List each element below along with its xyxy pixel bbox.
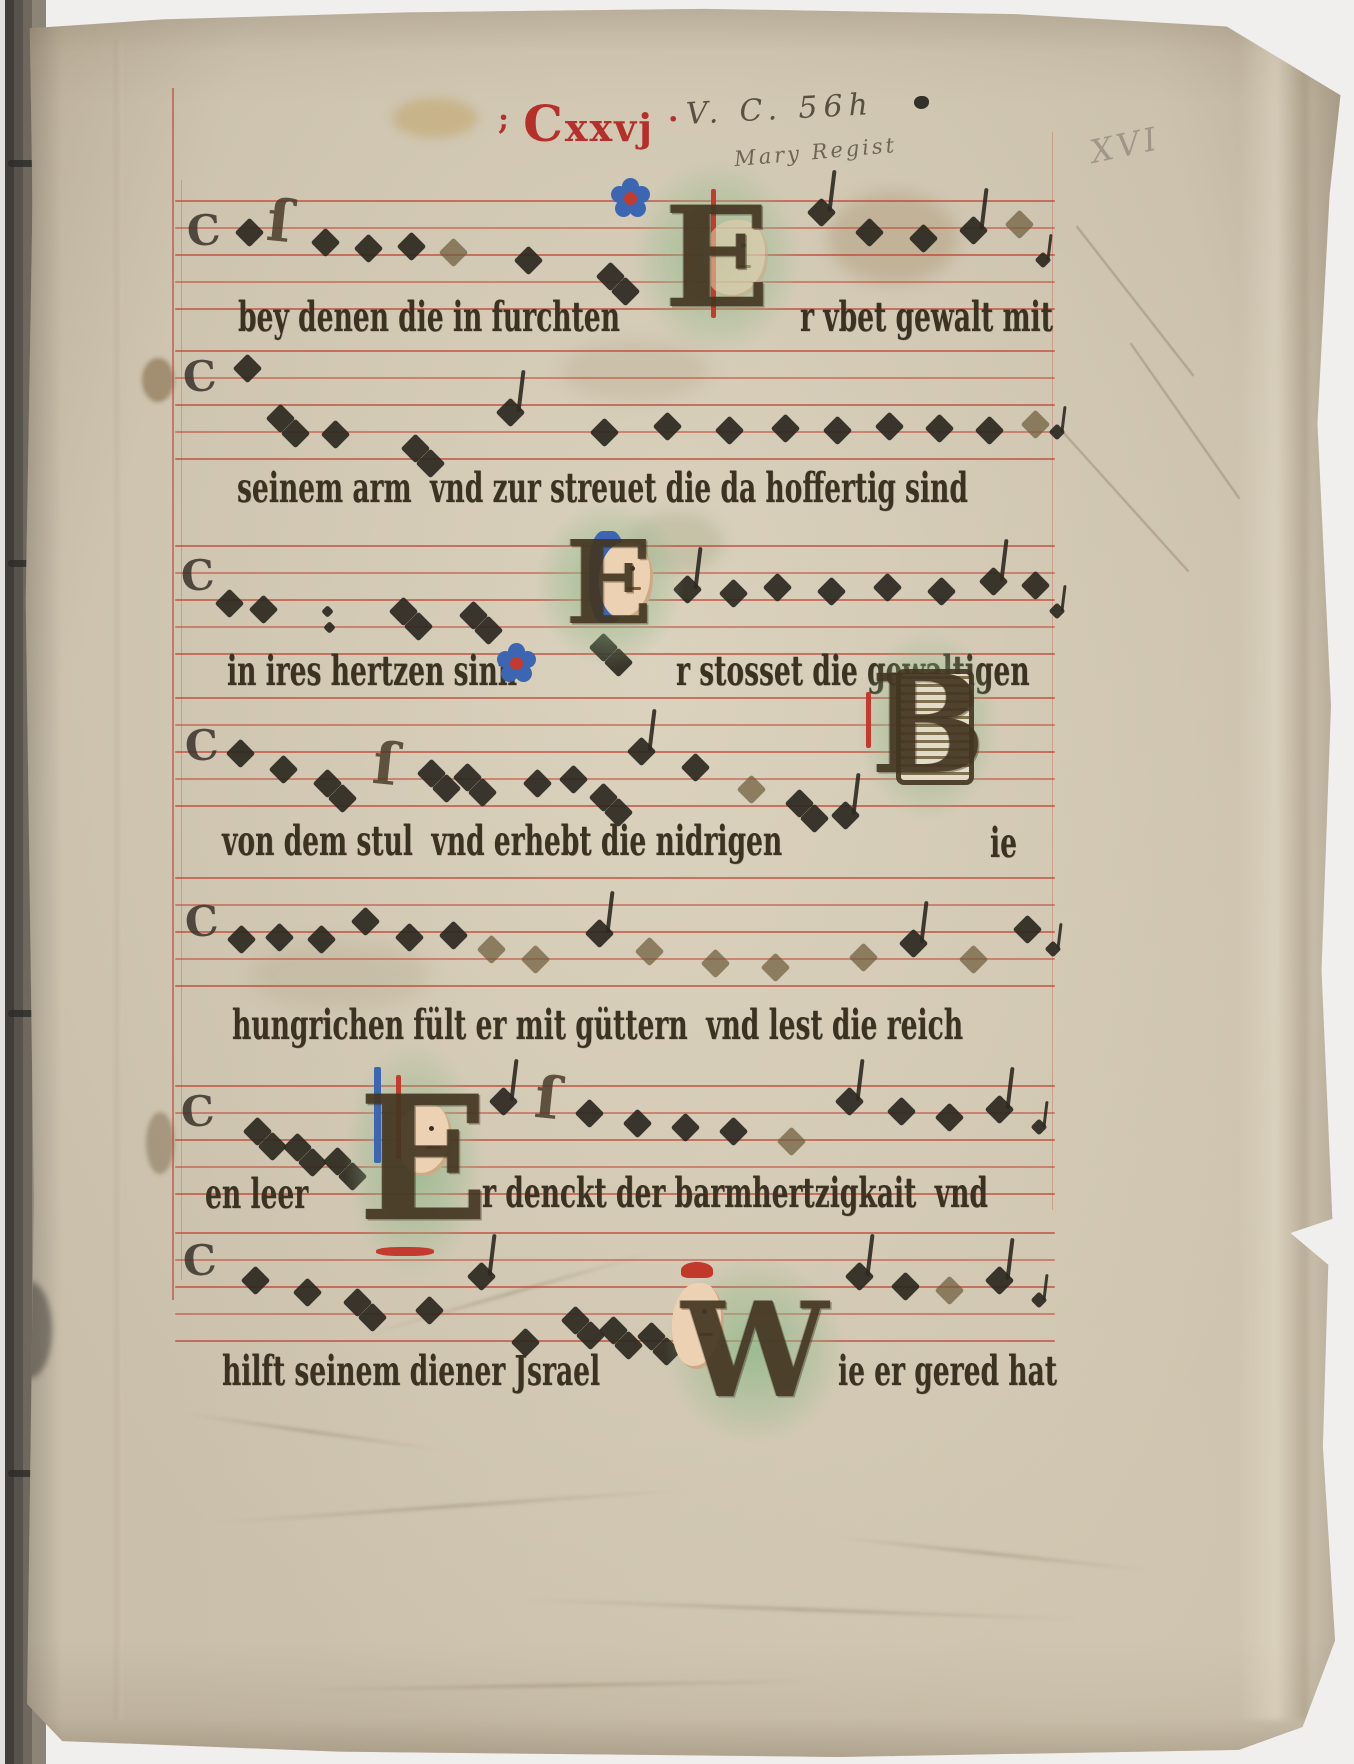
staff-line — [175, 458, 1055, 460]
staff-line — [175, 958, 1055, 960]
neume-diamond — [873, 573, 903, 603]
scratch — [1061, 430, 1190, 573]
stain-blob — [392, 98, 478, 138]
neume-diamond — [763, 573, 793, 603]
neume-stem — [865, 1234, 874, 1276]
ink-inscription-secondary: Mary Regist — [733, 133, 898, 171]
neume-diamond — [887, 1097, 917, 1127]
neume-diamond — [521, 945, 551, 975]
neume-diamond — [817, 577, 847, 607]
neume-diamond — [575, 1099, 605, 1129]
staff-line — [175, 1139, 1055, 1141]
neume-diamond — [935, 1103, 965, 1133]
ink-blot — [914, 96, 929, 109]
custos-stem — [1056, 923, 1062, 949]
stain-blob — [142, 358, 174, 402]
chant-text-line: ie er gered hat — [838, 1350, 1057, 1395]
staff-line — [175, 1259, 1055, 1261]
manuscript-page: ; Cxxvj · V. C. 56h Mary Regist XVI Cſbe… — [0, 0, 1354, 1764]
staff-line — [175, 1112, 1055, 1114]
neume-diamond — [227, 925, 257, 955]
neume-diamond — [823, 416, 853, 446]
chant-text-line: r denckt der barmhertzigkait vnd — [482, 1172, 988, 1217]
rubric-mark: ; — [498, 102, 509, 137]
neume-stem — [855, 1059, 864, 1101]
neume-diamond — [715, 416, 745, 446]
staff-line — [175, 254, 1055, 256]
pencil-corner-numeral: XVI — [1087, 119, 1164, 171]
neume-stem — [919, 901, 928, 943]
neume-diamond — [927, 577, 957, 607]
initial-letter-glyph: E — [358, 1054, 470, 1264]
chant-text-line: hilft seinem diener Jsrael — [222, 1350, 600, 1395]
neume-diamond — [935, 1276, 965, 1306]
neume-diamond — [777, 1127, 807, 1157]
neume-diamond — [771, 414, 801, 444]
scratch — [1076, 226, 1195, 377]
staff-line — [175, 1085, 1055, 1087]
illuminated-initial-e: E — [646, 172, 788, 342]
c-clef-glyph: C — [180, 1090, 216, 1134]
neume-diamond — [925, 414, 955, 444]
neume-stem — [605, 891, 614, 933]
chant-text-line: en leer — [205, 1173, 308, 1218]
neume-diamond — [959, 945, 989, 975]
c-clef-glyph: C — [182, 355, 218, 399]
staff-line — [175, 985, 1055, 987]
neume-diamond — [395, 923, 425, 953]
neume-diamond — [849, 943, 879, 973]
c-clef-glyph: C — [182, 1239, 218, 1283]
chant-text-line: hungrichen fült er mit güttern vnd lest … — [232, 1004, 963, 1049]
neume-diamond — [559, 765, 589, 795]
ink-inscription: V. C. 56h — [685, 87, 875, 132]
c-clef-glyph: C — [184, 724, 220, 768]
stain-blob — [146, 1112, 174, 1174]
flower-icon — [624, 192, 637, 205]
liquescent-glyph: ſ — [532, 1068, 563, 1128]
neume-dot — [321, 605, 334, 618]
wrinkle — [210, 1488, 689, 1524]
neume-diamond — [439, 921, 469, 951]
neume-diamond — [635, 937, 665, 967]
neume-diamond — [215, 589, 245, 619]
neume-diamond — [293, 1278, 323, 1308]
neume-diamond — [514, 246, 544, 276]
wrinkle — [300, 1679, 820, 1691]
neume-diamond — [855, 218, 885, 248]
neume-diamond — [397, 232, 427, 262]
neume-diamond — [415, 1296, 445, 1326]
neume-diamond — [719, 1117, 749, 1147]
staff-line — [175, 1232, 1055, 1234]
chant-text-line: ie — [990, 822, 1017, 867]
neume-diamond — [241, 1266, 271, 1296]
stitch-mark — [8, 160, 34, 167]
staff-line — [175, 404, 1055, 406]
neume-diamond — [701, 949, 731, 979]
custos-stem — [1060, 406, 1066, 432]
stitch-mark — [8, 1470, 34, 1477]
neume-diamond — [1005, 210, 1035, 240]
liquescent-glyph: ſ — [370, 734, 401, 794]
music-staff: C — [175, 877, 1055, 1007]
staff-line — [175, 877, 1055, 879]
neume-stem — [647, 709, 656, 751]
staff-line — [175, 1313, 1055, 1315]
initial-letter-glyph: B — [870, 642, 986, 808]
staff-line — [175, 377, 1055, 379]
neume-diamond — [311, 228, 341, 258]
folio-number: ; Cxxvj · — [498, 94, 678, 153]
neume-diamond — [671, 1113, 701, 1143]
margin-rule-line — [172, 88, 174, 1300]
neume-stem — [827, 170, 836, 212]
neume-diamond — [307, 925, 337, 955]
illuminated-initial-b: B — [870, 642, 986, 808]
neume-dot — [323, 621, 336, 634]
custos-stem — [1046, 234, 1052, 260]
staff-line — [175, 350, 1055, 352]
initial-letter-glyph: E — [548, 514, 670, 654]
neume-diamond — [1021, 410, 1051, 440]
chant-text-line: in ires hertzen sinn — [227, 650, 517, 695]
neume-diamond — [235, 218, 265, 248]
neume-diamond — [653, 412, 683, 442]
initial-letter-glyph: W — [678, 1270, 832, 1430]
neume-diamond — [1013, 915, 1043, 945]
manuscript-photo: ; Cxxvj · V. C. 56h Mary Regist XVI Cſbe… — [0, 0, 1354, 1764]
neume-stem — [509, 1059, 518, 1101]
music-staff: C — [175, 350, 1055, 480]
staff-line — [175, 200, 1055, 202]
wrinkle — [831, 1535, 1150, 1571]
neume-diamond — [891, 1272, 921, 1302]
custos-stem — [1060, 585, 1066, 611]
music-staff: C — [175, 1232, 1055, 1362]
chant-text-line: bey denen die in furchten — [238, 296, 620, 341]
neume-diamond — [354, 234, 384, 264]
stitch-mark — [8, 1010, 34, 1017]
neume-diamond — [439, 238, 469, 268]
chant-text-line: von dem stul vnd erhebt die nidrigen — [222, 820, 782, 865]
neume-diamond — [719, 579, 749, 609]
neume-diamond — [975, 416, 1005, 446]
wrinkle — [181, 1412, 439, 1451]
c-clef-glyph: C — [180, 554, 216, 598]
neume-stem — [979, 188, 988, 230]
neume-diamond — [875, 412, 905, 442]
neume-diamond — [321, 420, 351, 450]
wrinkle — [520, 1598, 1080, 1621]
illuminated-initial-w: W — [678, 1270, 832, 1430]
page-curl-highlight — [1238, 20, 1308, 1720]
liquescent-glyph: ſ — [264, 191, 295, 251]
illuminated-initial-e: E — [358, 1054, 470, 1264]
neume-diamond — [590, 418, 620, 448]
c-clef-glyph: C — [184, 900, 220, 944]
neume-stem — [693, 547, 702, 589]
c-clef-glyph: C — [186, 209, 222, 253]
chant-text-line: r vbet gewalt mit — [800, 296, 1053, 341]
neume-diamond — [1021, 571, 1051, 601]
neume-diamond — [226, 739, 256, 769]
illuminated-initial-e: E — [548, 514, 670, 654]
fold-line — [116, 40, 121, 1720]
flower-icon — [510, 657, 523, 670]
initial-letter-glyph: E — [646, 172, 788, 342]
custos-stem — [1042, 1101, 1048, 1127]
neume-stem — [1005, 1067, 1014, 1109]
neume-diamond — [523, 769, 553, 799]
neume-diamond — [265, 923, 295, 953]
rubric-mark: · — [668, 102, 678, 137]
